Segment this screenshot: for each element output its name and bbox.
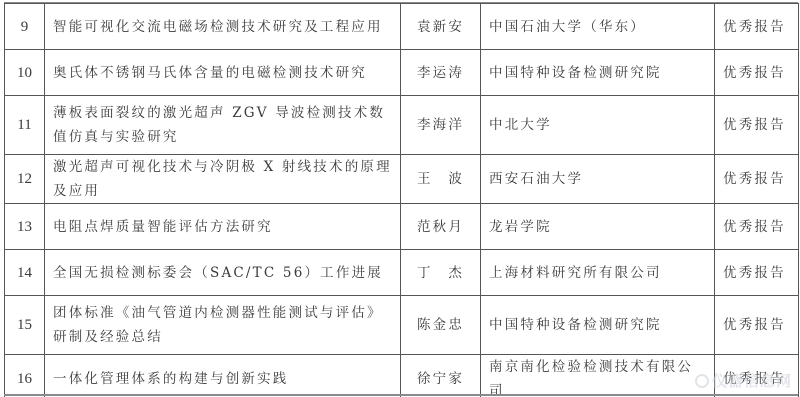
row-number: 12 xyxy=(5,155,45,204)
author-name: 王 波 xyxy=(401,155,481,204)
table-bottom-border xyxy=(4,394,798,396)
author-name: 陈金忠 xyxy=(401,296,481,355)
organization: 南京南化检验检测技术有限公司 xyxy=(481,355,715,397)
report-title: 团体标准《油气管道内检测器性能测试与评估》研制及经验总结 xyxy=(45,296,401,355)
author-name: 徐宁家 xyxy=(401,355,481,397)
row-number: 11 xyxy=(5,96,45,155)
row-number: 13 xyxy=(5,204,45,250)
organization: 中国特种设备检测研究院 xyxy=(481,296,715,355)
table-row: 11 薄板表面裂纹的激光超声 ZGV 导波检测技术数值仿真与实验研究 李海洋 中… xyxy=(5,96,799,155)
row-number: 9 xyxy=(5,4,45,50)
report-title: 薄板表面裂纹的激光超声 ZGV 导波检测技术数值仿真与实验研究 xyxy=(45,96,401,155)
report-title: 奥氏体不锈钢马氏体含量的电磁检测技术研究 xyxy=(45,50,401,96)
table-row: 13 电阻点焊质量智能评估方法研究 范秋月 龙岩学院 优秀报告 xyxy=(5,204,799,250)
table-row: 15 团体标准《油气管道内检测器性能测试与评估》研制及经验总结 陈金忠 中国特种… xyxy=(5,296,799,355)
table-row: 16 一体化管理体系的构建与创新实践 徐宁家 南京南化检验检测技术有限公司 优秀… xyxy=(5,355,799,397)
report-title: 一体化管理体系的构建与创新实践 xyxy=(45,355,401,397)
organization: 上海材料研究所有限公司 xyxy=(481,250,715,296)
award-level: 优秀报告 xyxy=(715,250,799,296)
report-title: 智能可视化交流电磁场检测技术研究及工程应用 xyxy=(45,4,401,50)
author-name: 袁新安 xyxy=(401,4,481,50)
table-row: 12 激光超声可视化技术与冷阴极 X 射线技术的原理及应用 王 波 西安石油大学… xyxy=(5,155,799,204)
award-level: 优秀报告 xyxy=(715,96,799,155)
report-title: 激光超声可视化技术与冷阴极 X 射线技术的原理及应用 xyxy=(45,155,401,204)
organization: 龙岩学院 xyxy=(481,204,715,250)
author-name: 李运涛 xyxy=(401,50,481,96)
author-name: 范秋月 xyxy=(401,204,481,250)
award-level: 优秀报告 xyxy=(715,296,799,355)
author-name: 丁 杰 xyxy=(401,250,481,296)
award-level: 优秀报告 xyxy=(715,4,799,50)
row-number: 15 xyxy=(5,296,45,355)
award-level: 优秀报告 xyxy=(715,155,799,204)
report-title: 全国无损检测标委会（SAC/TC 56）工作进展 xyxy=(45,250,401,296)
row-number: 10 xyxy=(5,50,45,96)
awards-table-container: 9 智能可视化交流电磁场检测技术研究及工程应用 袁新安 中国石油大学（华东） 优… xyxy=(4,3,798,397)
table-row: 9 智能可视化交流电磁场检测技术研究及工程应用 袁新安 中国石油大学（华东） 优… xyxy=(5,4,799,50)
row-number: 14 xyxy=(5,250,45,296)
row-number: 16 xyxy=(5,355,45,397)
awards-table: 9 智能可视化交流电磁场检测技术研究及工程应用 袁新安 中国石油大学（华东） 优… xyxy=(4,3,799,397)
organization: 中国石油大学（华东） xyxy=(481,4,715,50)
report-title: 电阻点焊质量智能评估方法研究 xyxy=(45,204,401,250)
award-level: 优秀报告 xyxy=(715,355,799,397)
table-row: 14 全国无损检测标委会（SAC/TC 56）工作进展 丁 杰 上海材料研究所有… xyxy=(5,250,799,296)
organization: 中北大学 xyxy=(481,96,715,155)
award-level: 优秀报告 xyxy=(715,204,799,250)
award-level: 优秀报告 xyxy=(715,50,799,96)
organization: 西安石油大学 xyxy=(481,155,715,204)
table-row: 10 奥氏体不锈钢马氏体含量的电磁检测技术研究 李运涛 中国特种设备检测研究院 … xyxy=(5,50,799,96)
author-name: 李海洋 xyxy=(401,96,481,155)
organization: 中国特种设备检测研究院 xyxy=(481,50,715,96)
